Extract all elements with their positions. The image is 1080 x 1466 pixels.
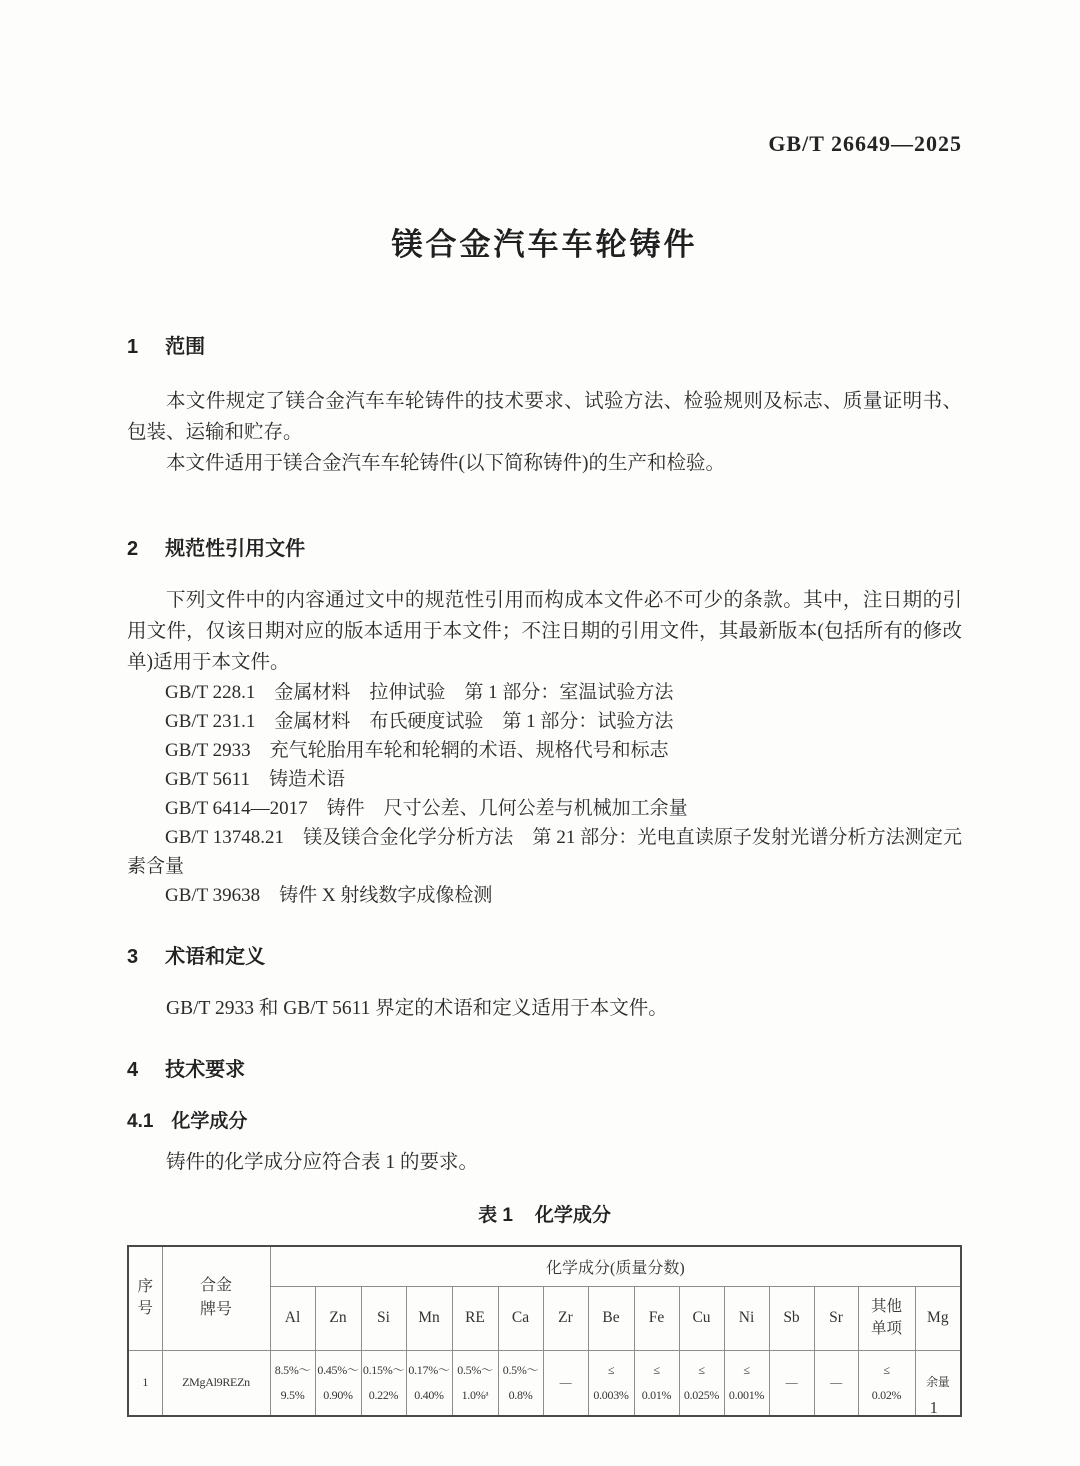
- section-2-title: 规范性引用文件: [165, 532, 305, 561]
- section-2-intro: 下列文件中的内容通过文中的规范性引用而构成本文件必不可少的条款。其中，注日期的引…: [127, 585, 962, 678]
- section-3-heading: 3 术语和定义: [127, 940, 962, 969]
- cell-alloy-grade: ZMgAl9REZn: [162, 1350, 270, 1416]
- col-header-cu: Cu: [679, 1286, 724, 1350]
- cell-be: ≤ 0.003%: [588, 1350, 634, 1416]
- cell-mn: 0.17%～ 0.40%: [406, 1350, 452, 1416]
- section-3-title: 术语和定义: [165, 940, 265, 969]
- section-3-number: 3: [127, 946, 138, 969]
- col-header-mn: Mn: [406, 1286, 452, 1350]
- col-header-zr: Zr: [543, 1286, 588, 1350]
- cell-si: 0.15%～ 0.22%: [361, 1350, 406, 1416]
- table-row: 1 ZMgAl9REZn 8.5%～ 9.5% 0.45%～ 0.90% 0.1…: [128, 1350, 961, 1416]
- cell-ca: 0.5%～ 0.8%: [498, 1350, 543, 1416]
- section-4-1-paragraph: 铸件的化学成分应符合表 1 的要求。: [127, 1147, 962, 1178]
- cell-zn: 0.45%～ 0.90%: [315, 1350, 361, 1416]
- col-header-be: Be: [588, 1286, 634, 1350]
- cell-fe: ≤ 0.01%: [634, 1350, 679, 1416]
- page-number: 1: [930, 1398, 939, 1418]
- section-2-number: 2: [127, 538, 138, 561]
- reference-item: GB/T 13748.21 镁及镁合金化学分析方法 第 21 部分：光电直读原子…: [127, 823, 962, 881]
- col-header-re: RE: [452, 1286, 498, 1350]
- col-header-sb: Sb: [769, 1286, 814, 1350]
- table-row: 序 号 合金 牌号 化学成分(质量分数): [128, 1246, 961, 1286]
- reference-item: GB/T 231.1 金属材料 布氏硬度试验 第 1 部分：试验方法: [127, 707, 962, 736]
- section-4-title: 技术要求: [165, 1053, 245, 1082]
- col-header-fe: Fe: [634, 1286, 679, 1350]
- reference-item: GB/T 2933 充气轮胎用车轮和轮辋的术语、规格代号和标志: [127, 736, 962, 765]
- section-2-heading: 2 规范性引用文件: [127, 532, 962, 561]
- section-4-1-heading: 4.1 化学成分: [127, 1106, 962, 1133]
- page-title: 镁合金汽车车轮铸件: [127, 219, 962, 264]
- col-header-ni: Ni: [724, 1286, 769, 1350]
- cell-cu: ≤ 0.025%: [679, 1350, 724, 1416]
- cell-ni: ≤ 0.001%: [724, 1350, 769, 1416]
- col-header-si: Si: [361, 1286, 406, 1350]
- normative-references-list: GB/T 228.1 金属材料 拉伸试验 第 1 部分：室温试验方法 GB/T …: [127, 678, 962, 910]
- standard-code: GB/T 26649—2025: [127, 131, 962, 157]
- cell-al: 8.5%～ 9.5%: [270, 1350, 315, 1416]
- col-header-other-single: 其他 单项: [858, 1286, 915, 1350]
- cell-mg: 余量: [915, 1350, 961, 1416]
- col-header-seq: 序 号: [128, 1246, 162, 1350]
- col-header-sr: Sr: [814, 1286, 858, 1350]
- col-header-alloy: 合金 牌号: [162, 1246, 270, 1350]
- section-4-1-title: 化学成分: [171, 1106, 247, 1133]
- reference-item: GB/T 228.1 金属材料 拉伸试验 第 1 部分：室温试验方法: [127, 678, 962, 707]
- cell-sr: —: [814, 1350, 858, 1416]
- section-4-1-number: 4.1: [127, 1111, 153, 1133]
- table-1-caption-label: 表 1: [478, 1200, 513, 1227]
- col-header-composition-group: 化学成分(质量分数): [270, 1246, 961, 1286]
- cell-other-single: ≤ 0.02%: [858, 1350, 915, 1416]
- section-1-title: 范围: [165, 330, 205, 359]
- col-header-al: Al: [270, 1286, 315, 1350]
- table-1-caption: 表 1 化学成分: [127, 1200, 962, 1227]
- section-1-paragraph-1: 本文件规定了镁合金汽车车轮铸件的技术要求、试验方法、检验规则及标志、质量证明书、…: [127, 386, 962, 448]
- table-1-caption-text: 化学成分: [535, 1200, 611, 1227]
- cell-re: 0.5%～ 1.0%ᵃ: [452, 1350, 498, 1416]
- reference-item: GB/T 39638 铸件 X 射线数字成像检测: [127, 881, 962, 910]
- section-1-heading: 1 范围: [127, 330, 962, 359]
- col-header-mg: Mg: [915, 1286, 961, 1350]
- document-page: GB/T 26649—2025 镁合金汽车车轮铸件 1 范围 本文件规定了镁合金…: [0, 0, 1080, 1466]
- section-3-paragraph: GB/T 2933 和 GB/T 5611 界定的术语和定义适用于本文件。: [127, 993, 962, 1024]
- section-4-number: 4: [127, 1059, 138, 1082]
- section-1-paragraph-2: 本文件适用于镁合金汽车车轮铸件(以下简称铸件)的生产和检验。: [127, 448, 962, 479]
- section-1-number: 1: [127, 336, 138, 359]
- col-header-zn: Zn: [315, 1286, 361, 1350]
- cell-sb: —: [769, 1350, 814, 1416]
- page-content: GB/T 26649—2025 镁合金汽车车轮铸件 1 范围 本文件规定了镁合金…: [0, 0, 1080, 1417]
- cell-seq: 1: [128, 1350, 162, 1416]
- col-header-ca: Ca: [498, 1286, 543, 1350]
- reference-item: GB/T 5611 铸造术语: [127, 765, 962, 794]
- section-4-heading: 4 技术要求: [127, 1053, 962, 1082]
- chemical-composition-table: 序 号 合金 牌号 化学成分(质量分数) Al Zn Si Mn RE Ca Z…: [127, 1245, 962, 1417]
- reference-item: GB/T 6414—2017 铸件 尺寸公差、几何公差与机械加工余量: [127, 794, 962, 823]
- cell-zr: —: [543, 1350, 588, 1416]
